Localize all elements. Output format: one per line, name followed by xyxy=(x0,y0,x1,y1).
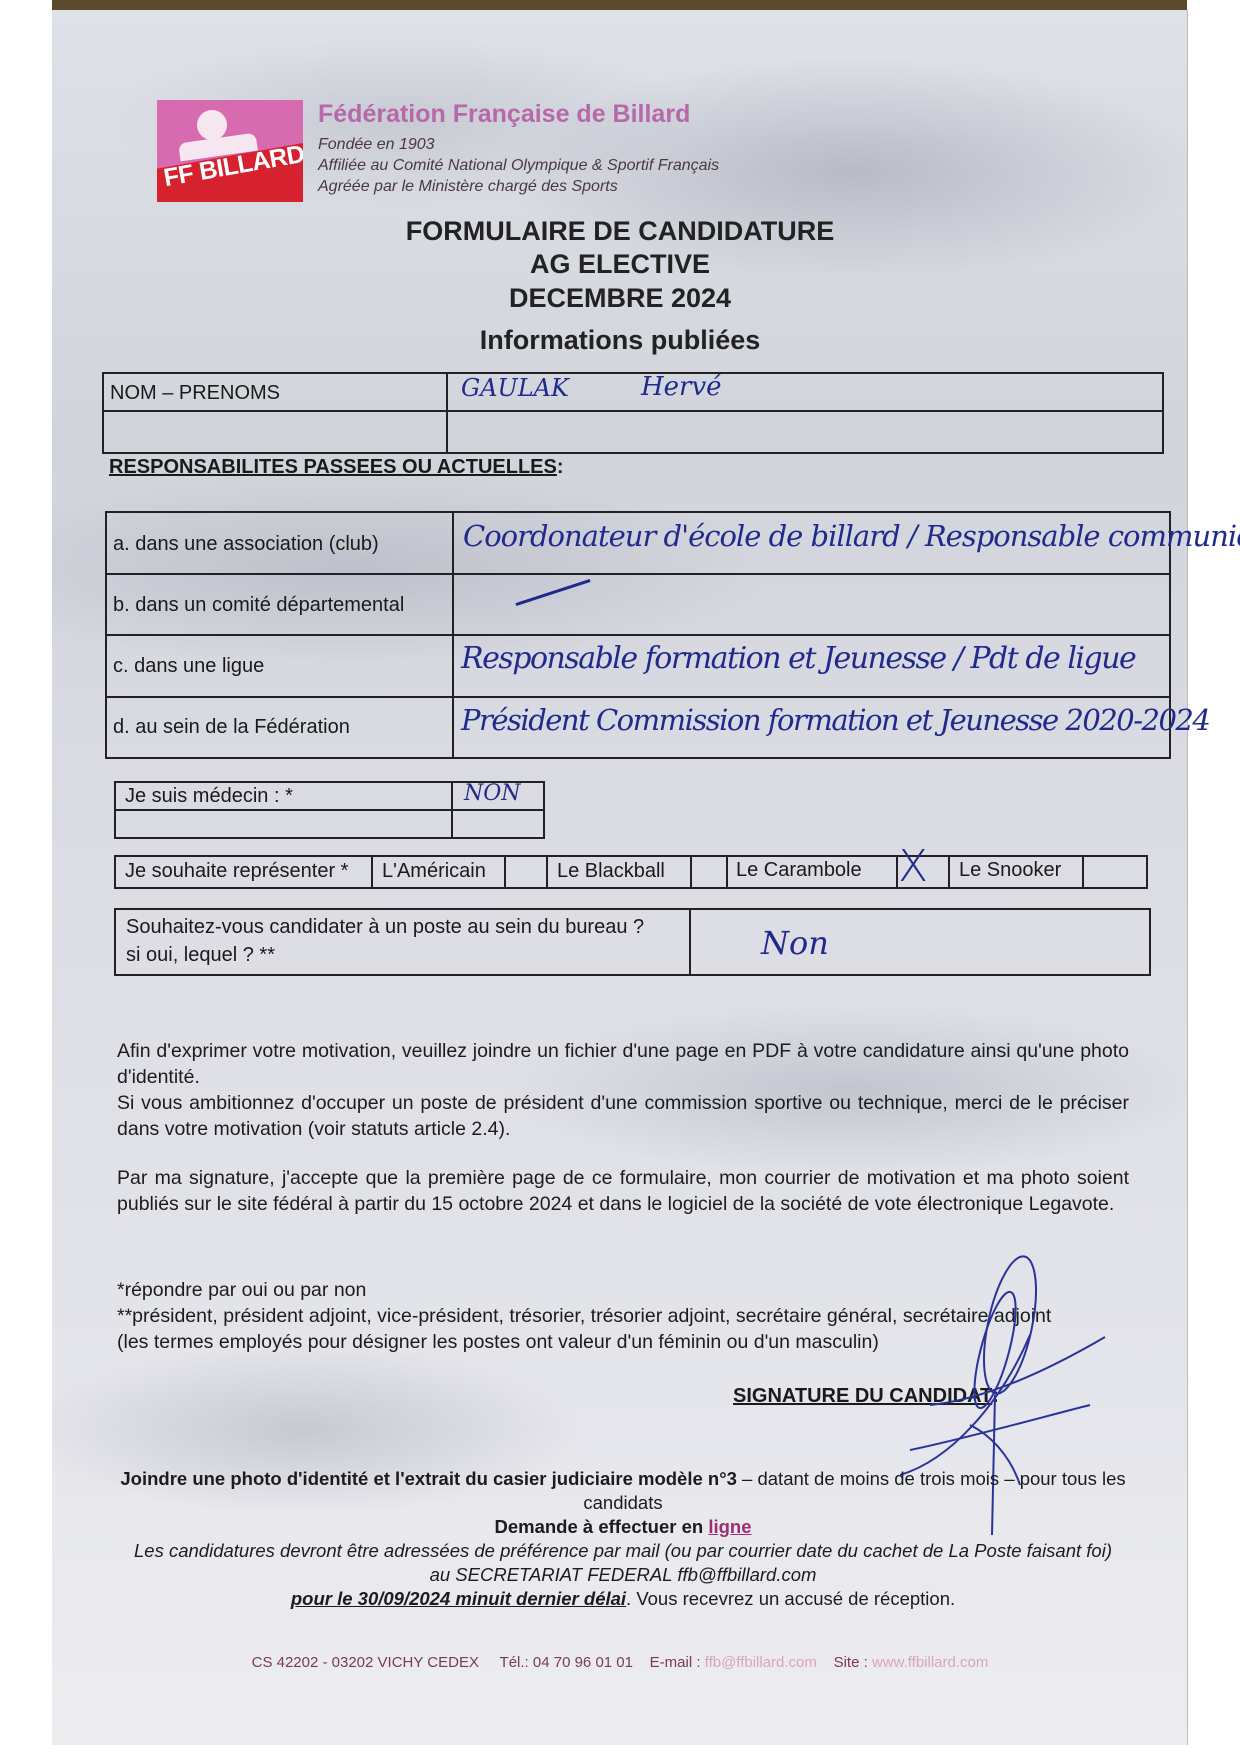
president-instructions: Si vous ambitionnez d'occuper un poste d… xyxy=(117,1090,1129,1142)
divider xyxy=(371,857,373,887)
responsibilities-heading-text: RESPONSABILITES PASSEES OU ACTUELLES xyxy=(109,456,557,478)
option-americain-checkbox[interactable] xyxy=(506,857,546,887)
bureau-question: Souhaitez-vous candidater à un poste au … xyxy=(126,916,644,939)
option-snooker-label: Le Snooker xyxy=(959,859,1061,882)
option-carambole-checkbox[interactable]: X xyxy=(898,841,928,892)
player-head-icon xyxy=(197,110,227,140)
last-name-field[interactable]: GAULAK xyxy=(461,374,569,402)
org-founded: Fondée en 1903 xyxy=(318,136,435,154)
divider xyxy=(107,634,1169,636)
row-value-club[interactable]: Coordonateur d'école de billard / Respon… xyxy=(463,519,1240,553)
footer-email-link[interactable]: ffb@ffbillard.com xyxy=(705,1654,817,1671)
first-name-field[interactable]: Hervé xyxy=(641,372,722,402)
bureau-question-sub: si oui, lequel ? ** xyxy=(126,944,275,967)
motivation-instructions: Afin d'exprimer votre motivation, veuill… xyxy=(117,1038,1129,1090)
medecin-table: Je suis médecin : * NON xyxy=(114,781,545,839)
demande-line: Demande à effectuer en ligne xyxy=(117,1515,1129,1539)
medecin-field[interactable]: NON xyxy=(464,781,521,806)
online-request-link[interactable]: ligne xyxy=(708,1516,751,1537)
responsibilities-table: a. dans une association (club) Coordonat… xyxy=(105,511,1171,759)
option-snooker-checkbox[interactable] xyxy=(1084,857,1146,887)
responsibilities-heading: RESPONSABILITES PASSEES OU ACTUELLES : xyxy=(109,456,564,479)
letterhead-footer: CS 42202 - 03202 VICHY CEDEX Tél.: 04 70… xyxy=(0,1654,1240,1671)
option-blackball-checkbox[interactable] xyxy=(692,857,726,887)
row-value-ligue[interactable]: Responsable formation et Jeunesse / Pdt … xyxy=(461,641,1135,676)
deadline-line: pour le 30/09/2024 minuit dernier délai.… xyxy=(117,1587,1129,1611)
divider xyxy=(116,809,543,811)
representer-table: Je souhaite représenter * L'Américain Le… xyxy=(114,855,1148,889)
option-carambole-label: Le Carambole xyxy=(736,859,862,882)
divider xyxy=(107,573,1169,575)
form-title-line3: DECEMBRE 2024 xyxy=(0,283,1240,314)
footer-email-label: E-mail : xyxy=(650,1654,701,1671)
ffbillard-logo: FF BILLARD xyxy=(157,100,303,202)
org-approval: Agréée par le Ministère chargé des Sport… xyxy=(318,178,618,196)
row-value-federation[interactable]: Président Commission formation et Jeunes… xyxy=(461,703,1209,737)
footer-tel-label: Tél.: xyxy=(500,1654,529,1671)
divider xyxy=(451,783,453,837)
option-americain-label: L'Américain xyxy=(382,860,486,883)
form-title-line2: AG ELECTIVE xyxy=(0,249,1240,280)
bureau-field[interactable]: Non xyxy=(761,924,829,962)
form-subtitle: Informations publiées xyxy=(0,325,1240,356)
divider xyxy=(104,410,1162,412)
org-name: Fédération Française de Billard xyxy=(318,100,690,129)
divider xyxy=(546,857,548,887)
divider xyxy=(446,374,448,452)
divider xyxy=(689,910,691,974)
footer-site-link[interactable]: www.ffbillard.com xyxy=(872,1654,988,1671)
name-label: NOM – PRENOMS xyxy=(110,382,280,405)
footer-address: CS 42202 - 03202 VICHY CEDEX xyxy=(252,1654,479,1671)
divider xyxy=(948,857,950,887)
option-blackball-label: Le Blackball xyxy=(557,860,665,883)
footer-site-label: Site : xyxy=(834,1654,868,1671)
heading-colon: : xyxy=(557,456,564,479)
deadline-date: pour le 30/09/2024 minuit dernier délai xyxy=(291,1588,626,1609)
address-instruction: Les candidatures devront être adressées … xyxy=(117,1539,1129,1563)
deadline-rest: . Vous recevrez un accusé de réception. xyxy=(626,1588,955,1609)
identity-table: NOM – PRENOMS GAULAK Hervé xyxy=(102,372,1164,454)
demande-text: Demande à effectuer en xyxy=(494,1516,708,1537)
row-label-club: a. dans une association (club) xyxy=(113,533,379,556)
org-affiliation: Affiliée au Comité National Olympique & … xyxy=(318,157,719,175)
join-documents-bold: Joindre une photo d'identité et l'extrai… xyxy=(120,1468,737,1489)
consent-paragraph: Par ma signature, j'accepte que la premi… xyxy=(117,1165,1129,1217)
join-documents-instruction: Joindre une photo d'identité et l'extrai… xyxy=(117,1467,1129,1515)
footer-tel: 04 70 96 01 01 xyxy=(533,1654,633,1671)
secretariat-line: au SECRETARIAT FEDERAL ffb@ffbillard.com xyxy=(117,1563,1129,1587)
row-label-ligue: c. dans une ligue xyxy=(113,655,264,678)
divider xyxy=(726,857,728,887)
divider xyxy=(107,696,1169,698)
row-value-comite-dash[interactable] xyxy=(515,579,590,606)
row-label-federation: d. au sein de la Fédération xyxy=(113,716,350,739)
bureau-table: Souhaitez-vous candidater à un poste au … xyxy=(114,908,1151,976)
medecin-label: Je suis médecin : * xyxy=(125,785,293,808)
form-title: FORMULAIRE DE CANDIDATURE xyxy=(0,216,1240,247)
representer-label: Je souhaite représenter * xyxy=(125,860,348,883)
row-label-comite: b. dans un comité départemental xyxy=(113,594,404,617)
